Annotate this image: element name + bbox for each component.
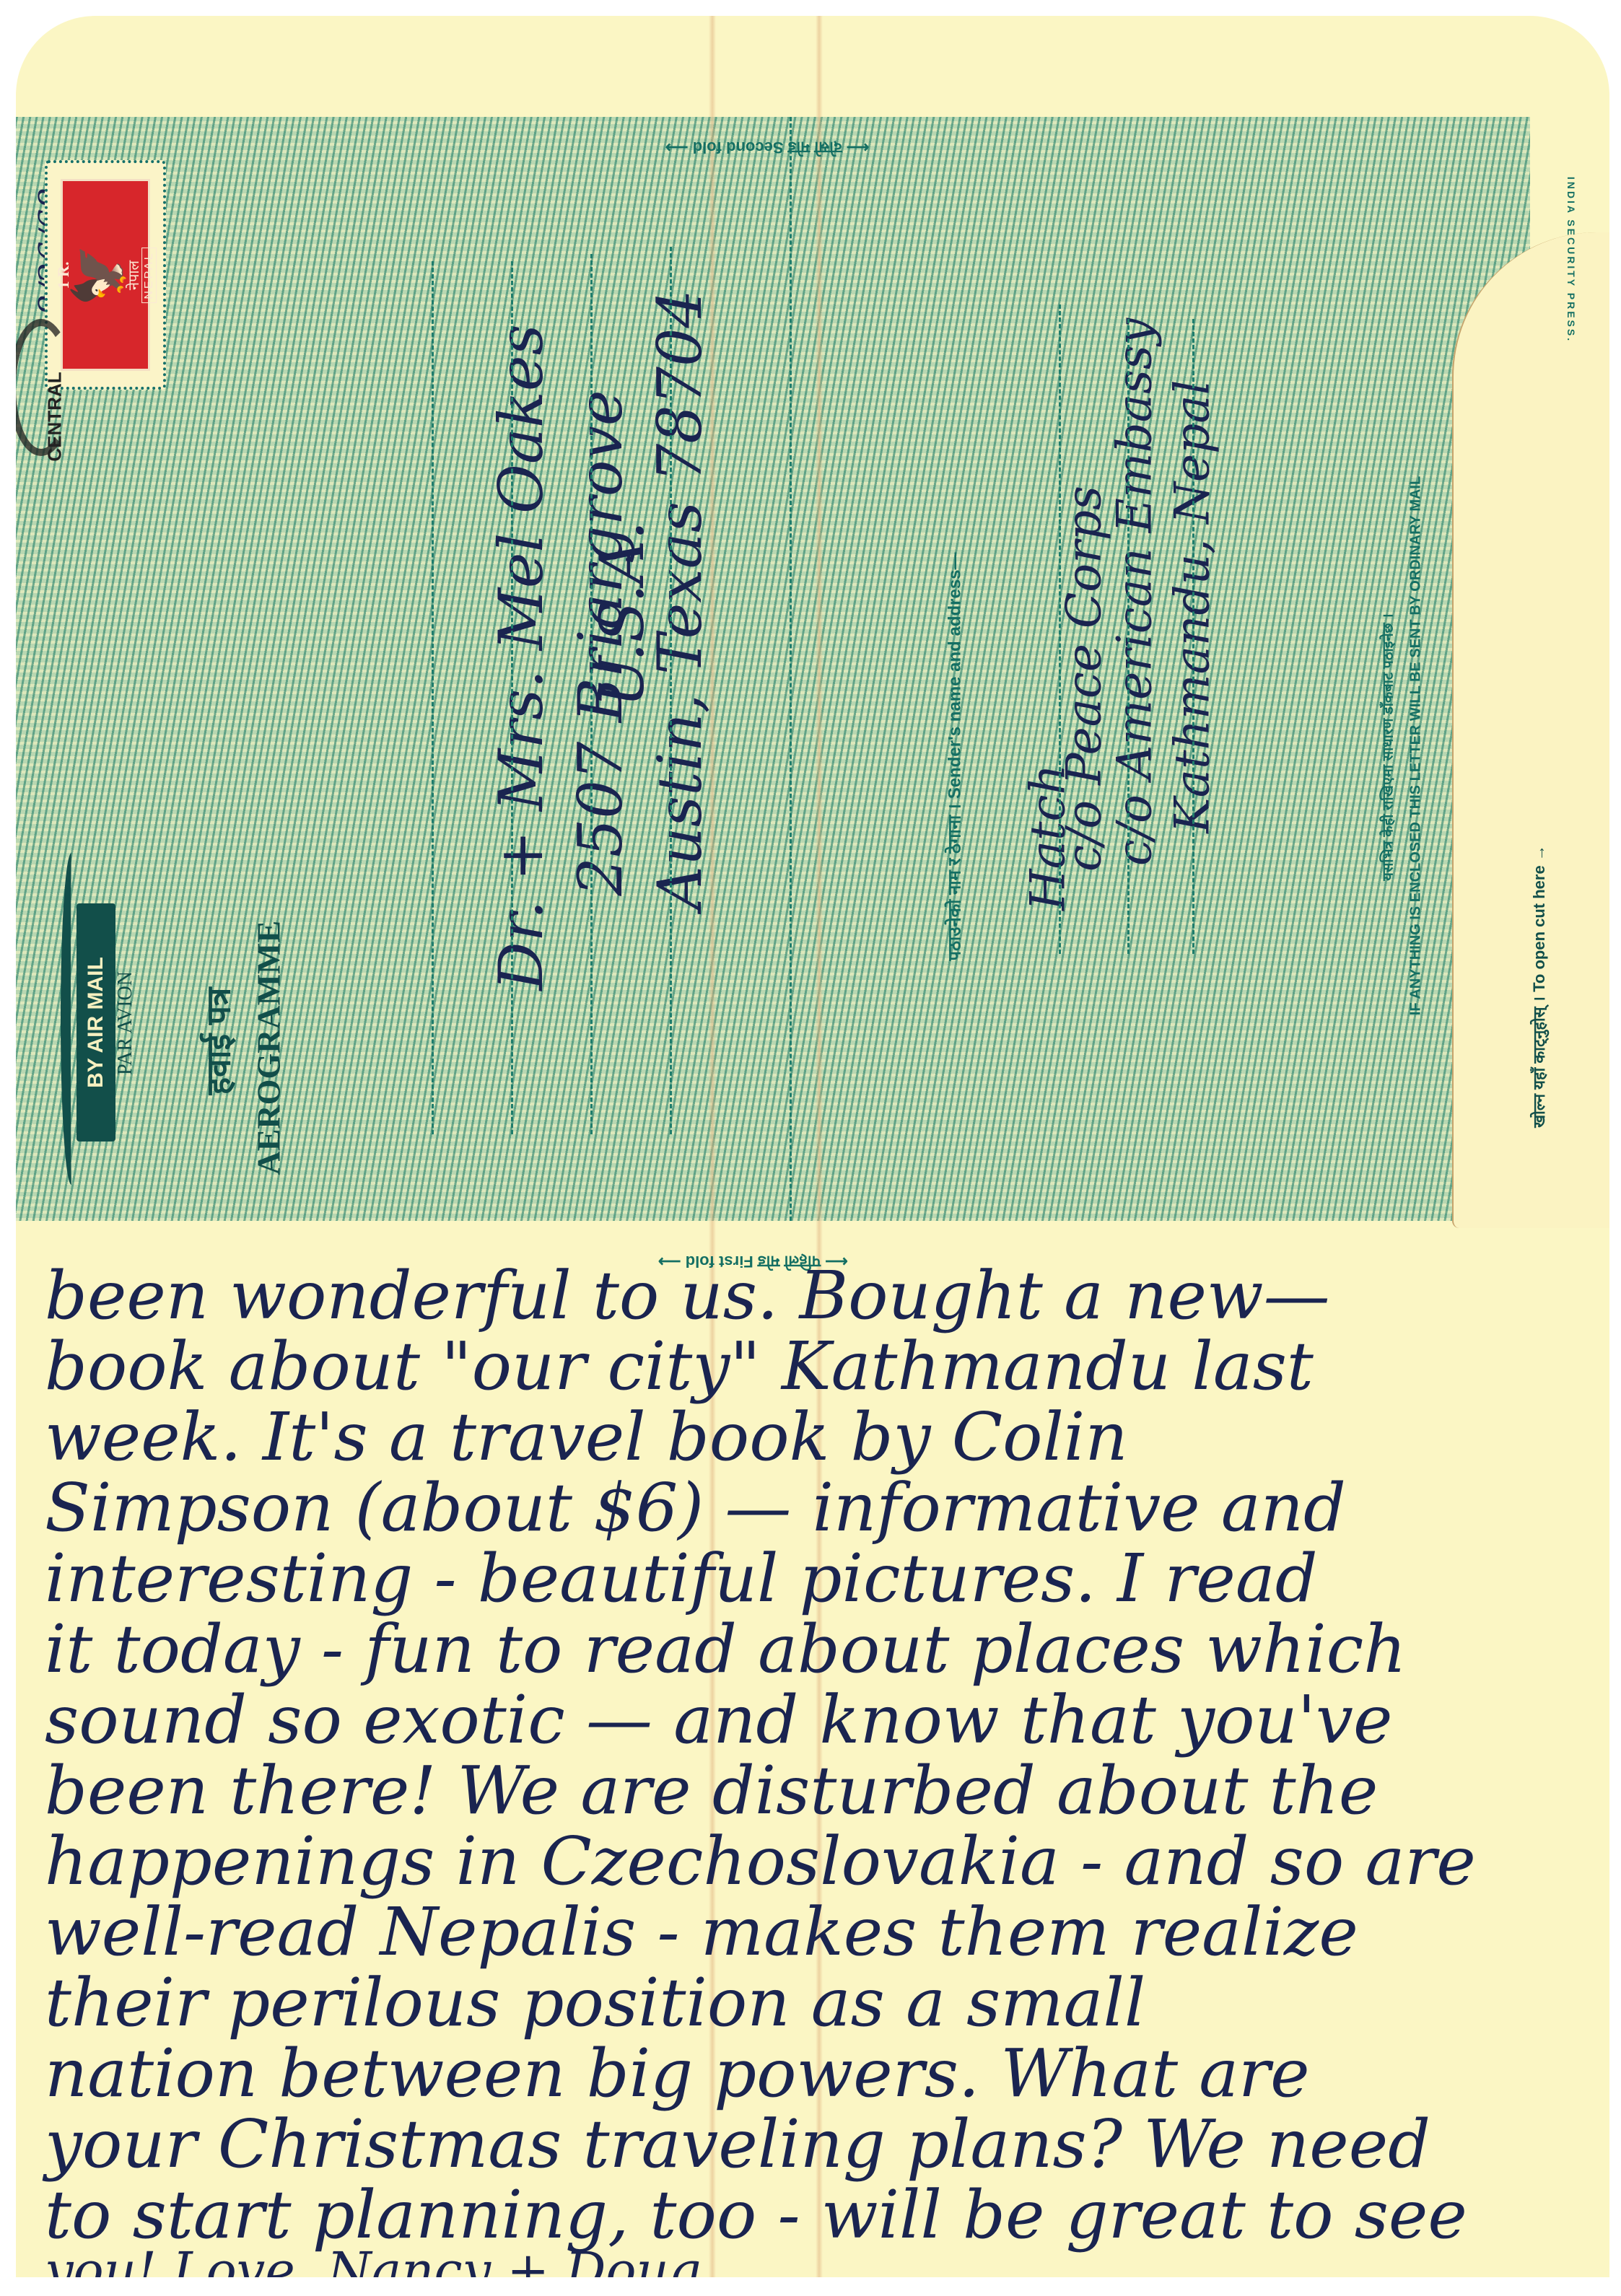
sender-rule: [1127, 319, 1130, 954]
postage-stamp: 1 R. 🦅 नेपाल NEPAL: [61, 179, 150, 371]
sender-rule: [1192, 319, 1194, 954]
aerogramme-title-devanagari: हवाई पत्र: [195, 988, 240, 1095]
letter-line: your Christmas traveling plans? We need: [45, 2111, 1430, 2178]
address-rule: [511, 261, 513, 1134]
par-avion-text: PAR AVION: [114, 971, 137, 1075]
warning-english: IF ANYTHING IS ENCLOSED THIS LETTER WILL…: [1408, 457, 1425, 1035]
printer-imprint: INDIA SECURITY PRESS.: [1565, 177, 1577, 343]
aerogramme-sheet: ⟵ दोस्रो मोड Second fold ⟶ ⟵ पहिलो मोड F…: [16, 16, 1609, 2277]
letter-line: interesting - beautiful pictures. I read: [45, 1546, 1318, 1612]
sender-label: पठाउनेको नाम र ठेगाना । Sender's name an…: [943, 432, 966, 1082]
letter-line: to start planning, too - will be great t…: [45, 2182, 1467, 2248]
aerogramme-title: AEROGRAMME: [250, 901, 288, 1175]
letter-line: Simpson (about $6) — informative and: [45, 1475, 1346, 1541]
second-fold-label: ⟵ दोस्रो मोड Second fold ⟶: [665, 137, 869, 159]
garuda-emblem-icon: 🦅: [73, 243, 123, 306]
letter-signoff: you! Love, Nancy + Doug: [45, 2245, 701, 2277]
address-rule: [670, 247, 672, 1134]
arrow-left-icon: ⟵: [842, 139, 870, 157]
stamp-country: NEPAL: [141, 247, 157, 302]
sender-line: c/o American Embassy: [1107, 304, 1163, 881]
letter-line: sound so exotic — and know that you've: [45, 1687, 1392, 1753]
letter-line: their perilous position as a small: [45, 1970, 1145, 2036]
address-panel: [16, 117, 1530, 1221]
letter-line: it today - fun to read about places whic…: [45, 1616, 1407, 1683]
letter-line: nation between big powers. What are: [45, 2041, 1310, 2107]
warning-devanagari: यसभित्र केही राखिएमा साधारण डाँकबाट पठाइ…: [1378, 459, 1397, 1036]
recipient-line: Dr. + Mrs. Mel Oakes: [486, 297, 556, 1018]
letter-line: book about "our city" Kathmandu last: [45, 1333, 1314, 1400]
letter-line: been there! We are disturbed about the: [45, 1758, 1378, 1824]
address-rule: [432, 261, 434, 1134]
letter-line: well-read Nepalis - makes them realize: [45, 1899, 1358, 1966]
arrow-right-icon: ⟶: [665, 139, 693, 157]
stamp-country-devanagari: नेपाल: [123, 243, 143, 306]
letter-line: week. It's a travel book by Colin: [45, 1404, 1128, 1471]
letter-line: happenings in Czechoslovakia - and so ar…: [45, 1828, 1476, 1895]
open-cut-here-label[interactable]: खोल्न यहाँ काट्नुहोस् । To open cut here…: [1528, 806, 1550, 1167]
recipient-line: U.S.A.: [587, 398, 657, 831]
sender-rule: [1059, 304, 1061, 954]
by-air-mail-text: BY AIR MAIL: [84, 957, 108, 1088]
by-air-mail-badge: BY AIR MAIL: [77, 903, 115, 1142]
dashed-fold-guide: [790, 117, 792, 1221]
postmark-text: CENTRAL: [44, 372, 66, 461]
sender-line: c/o Peace Corps: [1057, 426, 1112, 932]
letter-line: been wonderful to us. Bought a new—: [45, 1263, 1330, 1329]
address-rule: [590, 254, 593, 1134]
